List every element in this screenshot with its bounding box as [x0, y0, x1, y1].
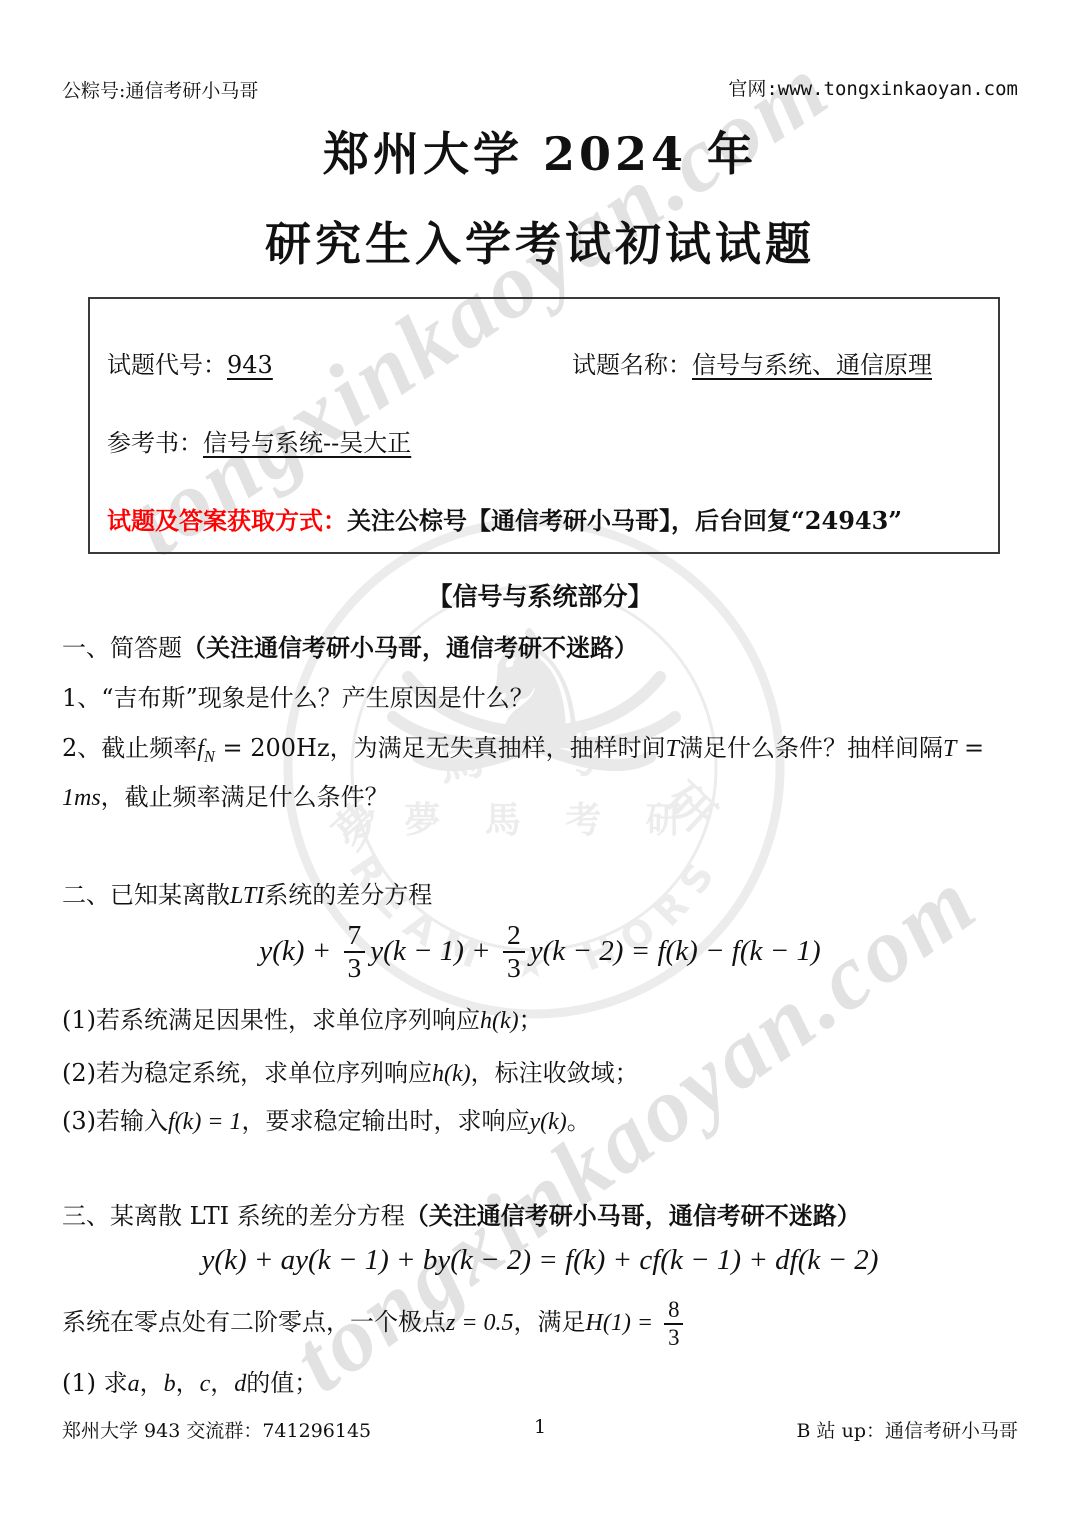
question2-item1: (1)若系统满足因果性，求单位序列响应h(k)；: [62, 1000, 543, 1035]
text-segment: f(k) = 1: [168, 1109, 242, 1135]
inline-fraction: 73: [344, 920, 366, 984]
header-left-account: 公粽号:通信考研小马哥: [62, 76, 258, 103]
answer-access-field: 试题及答案获取方式：关注公棕号【通信考研小马哥】，后台回复“24943”: [107, 501, 902, 536]
text-segment: (1)若系统满足因果性，求单位序列响应: [62, 1006, 480, 1034]
text-segment: ，要求稳定输出时，求响应: [242, 1107, 530, 1135]
question3-equation: y(k) + ay(k − 1) + by(k − 2) = f(k) + cf…: [0, 1242, 1080, 1277]
inline-fraction: 83: [664, 1297, 683, 1350]
inline-fraction: 23: [503, 920, 525, 984]
exam-name-field: 试题名称：信号与系统、通信原理: [572, 345, 932, 380]
reference-book-field: 参考书：信号与系统--吴大正: [107, 423, 411, 458]
text-segment: 满足什么条件？抽样间隔: [679, 734, 943, 762]
text-segment: T: [943, 736, 956, 762]
text-segment: b: [164, 1371, 176, 1397]
text-segment: =: [956, 734, 984, 762]
text-segment: 的值；: [246, 1369, 318, 1397]
text-segment: 一、简答题: [62, 634, 182, 662]
text-segment: 信号与系统、通信原理: [692, 351, 932, 379]
text-segment: c: [200, 1371, 211, 1397]
text-segment: ，满足: [514, 1308, 586, 1336]
exam-paper-page: tongxinkaoyan.com tongxinkaoyan.com 夢 馬 …: [0, 0, 1080, 1527]
doc-title-line1: 郑州大学 2024 年: [0, 118, 1080, 184]
text-segment: z = 0.5: [446, 1310, 514, 1336]
text-segment: ，: [210, 1369, 234, 1397]
question3-heading: 三、某离散 LTI 系统的差分方程（关注通信考研小马哥，通信考研不迷路）: [62, 1196, 861, 1231]
text-segment: 系统在零点处有二阶零点，一个极点: [62, 1308, 446, 1336]
text-segment: 试题及答案获取方式：: [107, 506, 347, 535]
question2-heading: 二、已知某离散LTI系统的差分方程: [62, 875, 432, 910]
text-segment: 系统的差分方程: [264, 881, 432, 909]
text-segment: N: [204, 747, 215, 766]
header-right-website: 官网:www.tongxinkaoyan.com: [728, 74, 1018, 101]
text-segment: ，: [176, 1369, 200, 1397]
exam-info-box: 试题代号：943 试题名称：信号与系统、通信原理 参考书：信号与系统--吴大正 …: [88, 297, 1000, 554]
question2-equation: y(k) + 73y(k − 1) + 23y(k − 2) = f(k) − …: [0, 920, 1080, 984]
text-segment: d: [234, 1371, 246, 1397]
text-segment: ，标注收敛域；: [471, 1059, 639, 1087]
text-segment: 参考书：: [107, 429, 203, 457]
text-segment: (2)若为稳定系统，求单位序列响应: [62, 1059, 432, 1087]
exam-code-field: 试题代号：943: [107, 345, 273, 380]
text-segment: a: [128, 1371, 140, 1397]
question2-item2: (2)若为稳定系统，求单位序列响应h(k)，标注收敛域；: [62, 1053, 639, 1088]
question1-item2: 2、截止频率fN = 200Hz，为满足无失真抽样，抽样时间T满足什么条件？抽样…: [62, 728, 984, 767]
doc-title-line2: 研究生入学考试初试试题: [0, 208, 1080, 274]
text-segment: 2、截止频率: [62, 734, 197, 762]
text-segment: f: [197, 736, 204, 762]
text-segment: (3)若输入: [62, 1107, 168, 1135]
text-segment: (1) 求: [62, 1369, 128, 1397]
text-segment: y(k − 1) +: [370, 935, 498, 967]
text-segment: 关注公棕号【通信考研小马哥】，后台回复“24943”: [347, 506, 902, 535]
text-segment: h(k): [480, 1008, 519, 1034]
question1-item1: 1、“吉布斯”现象是什么？产生原因是什么？: [62, 678, 534, 713]
text-segment: （关注通信考研小马哥，通信考研不迷路）: [182, 633, 638, 662]
text-segment: 二、已知某离散: [62, 881, 230, 909]
question3-condition-line: 系统在零点处有二阶零点，一个极点z = 0.5，满足H(1) = 83: [62, 1297, 688, 1350]
text-segment: ，: [140, 1369, 164, 1397]
question1-item2-continued: 1ms，截止频率满足什么条件？: [62, 777, 389, 812]
footer-bilibili-info: B 站 up：通信考研小马哥: [797, 1416, 1018, 1443]
text-segment: ；: [519, 1006, 543, 1034]
text-segment: 试题代号：: [107, 351, 227, 379]
section-title: 【信号与系统部分】: [0, 577, 1080, 613]
text-segment: y(k): [530, 1109, 567, 1135]
text-segment: 1、“吉布斯”现象是什么？产生原因是什么？: [62, 684, 534, 712]
text-segment: 1ms: [62, 785, 101, 811]
content-layer: 公粽号:通信考研小马哥 官网:www.tongxinkaoyan.com 郑州大…: [0, 0, 1080, 1527]
text-segment: = 200Hz，为满足无失真抽样，抽样时间: [215, 734, 666, 762]
text-segment: T: [666, 736, 679, 762]
text-segment: h(k): [432, 1061, 471, 1087]
question3-item1: (1) 求a，b，c，d的值；: [62, 1363, 318, 1398]
text-segment: y(k − 2) = f(k) − f(k − 1): [530, 935, 821, 967]
text-segment: y(k) + ay(k − 1) + by(k − 2) = f(k) + cf…: [202, 1244, 879, 1276]
text-segment: （关注通信考研小马哥，通信考研不迷路）: [405, 1201, 861, 1230]
text-segment: y(k) +: [259, 935, 338, 967]
text-segment: 943: [227, 351, 273, 379]
text-segment: 三、某离散 LTI 系统的差分方程: [62, 1202, 405, 1230]
question2-item3: (3)若输入f(k) = 1，要求稳定输出时，求响应y(k)。: [62, 1101, 591, 1136]
text-segment: ，截止频率满足什么条件？: [101, 783, 389, 811]
question1-heading: 一、简答题（关注通信考研小马哥，通信考研不迷路）: [62, 628, 638, 663]
text-segment: 信号与系统--吴大正: [203, 429, 411, 457]
text-segment: H(1) =: [586, 1310, 660, 1336]
text-segment: 。: [567, 1107, 591, 1135]
text-segment: 试题名称：: [572, 351, 692, 379]
text-segment: LTI: [230, 883, 264, 909]
